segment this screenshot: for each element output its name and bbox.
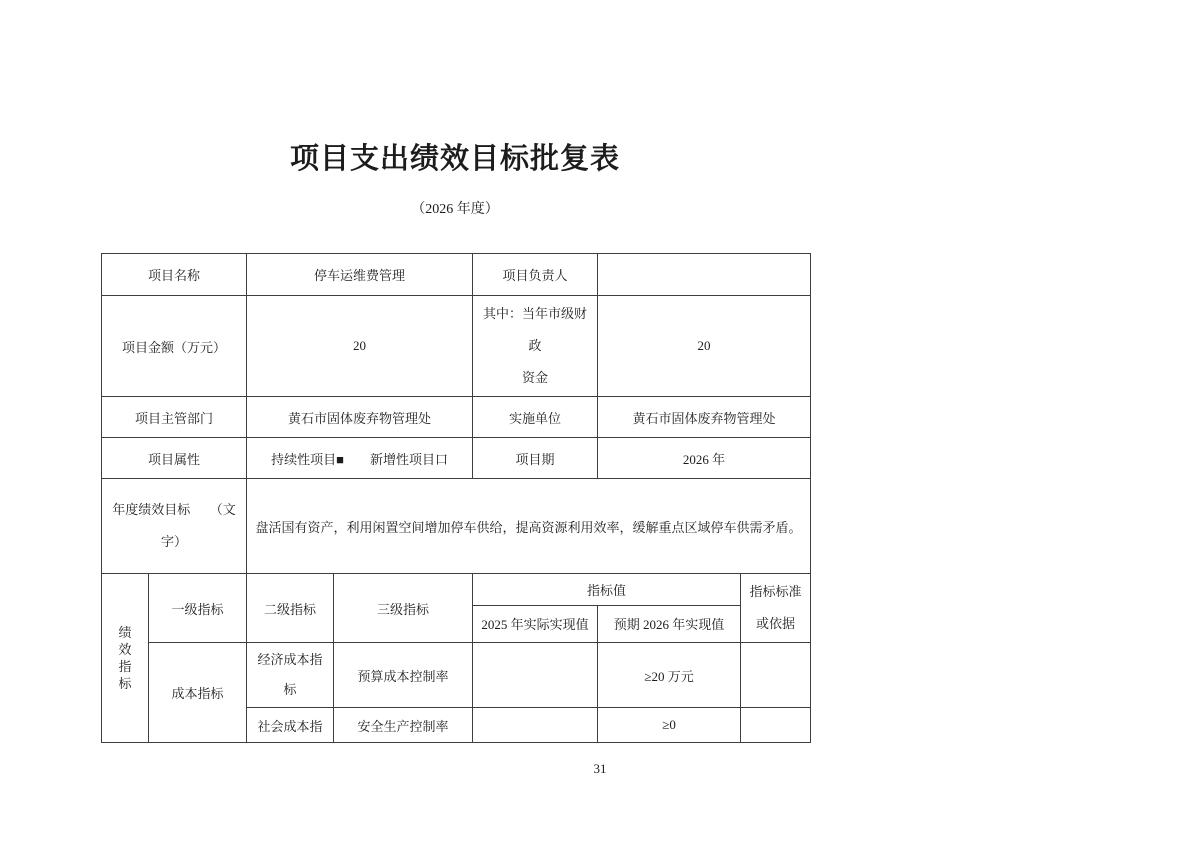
budget-standard-cell [741,643,811,708]
supervisor-dept-label: 项目主管部门 [102,397,247,438]
row-project-attribute: 项目属性 持续性项目■ 新增性项目口 项目期 2026 年 [102,438,811,479]
project-period-label: 项目期 [473,438,598,479]
project-name-label: 项目名称 [102,254,247,296]
page-subtitle: （2026 年度） [100,198,810,218]
economic-cost-indicator-cell: 经济成本指标 [247,643,334,708]
project-amount-label: 项目金额（万元） [102,296,247,397]
indicator-value-group-header: 指标值 [473,574,741,606]
page-title: 项目支出绩效目标批复表 [100,136,810,177]
annual-goal-label-line1: 年度绩效目标 （文 [107,494,241,526]
budget-cost-control-rate-cell: 预算成本控制率 [334,643,473,708]
project-leader-label: 项目负责人 [473,254,598,296]
safety-expected-2026-cell: ≥0 [598,708,741,743]
project-attribute-value: 持续性项目■ 新增性项目口 [247,438,473,479]
annual-goal-label: 年度绩效目标 （文 字） [102,479,247,574]
project-name-value: 停车运维费管理 [247,254,473,296]
performance-indicator-side-label: 绩效指标 [102,574,149,743]
expected-2026-header: 预期 2026 年实现值 [598,605,741,642]
safety-actual-2025-cell [473,708,598,743]
city-fiscal-funds-value: 20 [598,296,811,397]
page-number: 31 [0,761,1200,777]
standard-basis-header: 指标标准 或依据 [741,574,811,643]
row-project-name: 项目名称 停车运维费管理 项目负责人 [102,254,811,296]
budget-actual-2025-cell [473,643,598,708]
supervisor-dept-value: 黄石市固体废弃物管理处 [247,397,473,438]
budget-expected-2026-cell: ≥20 万元 [598,643,741,708]
implementing-unit-label: 实施单位 [473,397,598,438]
level2-indicator-header: 二级指标 [247,574,334,643]
annual-goal-label-line2: 字） [107,526,241,558]
annual-goal-text: 盘活国有资产，利用闲置空间增加停车供给，提高资源利用效率，缓解重点区域停车供需矛… [247,479,811,574]
safety-production-control-rate-cell: 安全生产控制率 [334,708,473,743]
cost-indicator-cell: 成本指标 [149,643,247,743]
row-economic-cost-indicator: 成本指标 经济成本指标 预算成本控制率 ≥20 万元 [102,643,811,708]
approval-table: 项目名称 停车运维费管理 项目负责人 项目金额（万元） 20 其中：当年市级财政… [101,253,811,743]
project-amount-value: 20 [247,296,473,397]
standard-basis-header-line1: 指标标准 [746,576,805,608]
project-attribute-label: 项目属性 [102,438,247,479]
project-leader-value [598,254,811,296]
social-cost-indicator-cell: 社会成本指 [247,708,334,743]
row-annual-goal: 年度绩效目标 （文 字） 盘活国有资产，利用闲置空间增加停车供给，提高资源利用效… [102,479,811,574]
performance-indicator-side-label-text: 绩效指标 [118,624,133,692]
row-indicator-header-top: 绩效指标 一级指标 二级指标 三级指标 指标值 指标标准 或依据 [102,574,811,606]
implementing-unit-value: 黄石市固体废弃物管理处 [598,397,811,438]
actual-2025-header: 2025 年实际实现值 [473,605,598,642]
city-fiscal-funds-label: 其中：当年市级财政 资金 [473,296,598,397]
standard-basis-header-line2: 或依据 [746,608,805,640]
row-project-amount: 项目金额（万元） 20 其中：当年市级财政 资金 20 [102,296,811,397]
safety-standard-cell [741,708,811,743]
project-period-value: 2026 年 [598,438,811,479]
city-fiscal-funds-label-line2: 资金 [478,362,592,394]
city-fiscal-funds-label-line1: 其中：当年市级财政 [478,298,592,362]
row-supervisor-dept: 项目主管部门 黄石市固体废弃物管理处 实施单位 黄石市固体废弃物管理处 [102,397,811,438]
level3-indicator-header: 三级指标 [334,574,473,643]
level1-indicator-header: 一级指标 [149,574,247,643]
